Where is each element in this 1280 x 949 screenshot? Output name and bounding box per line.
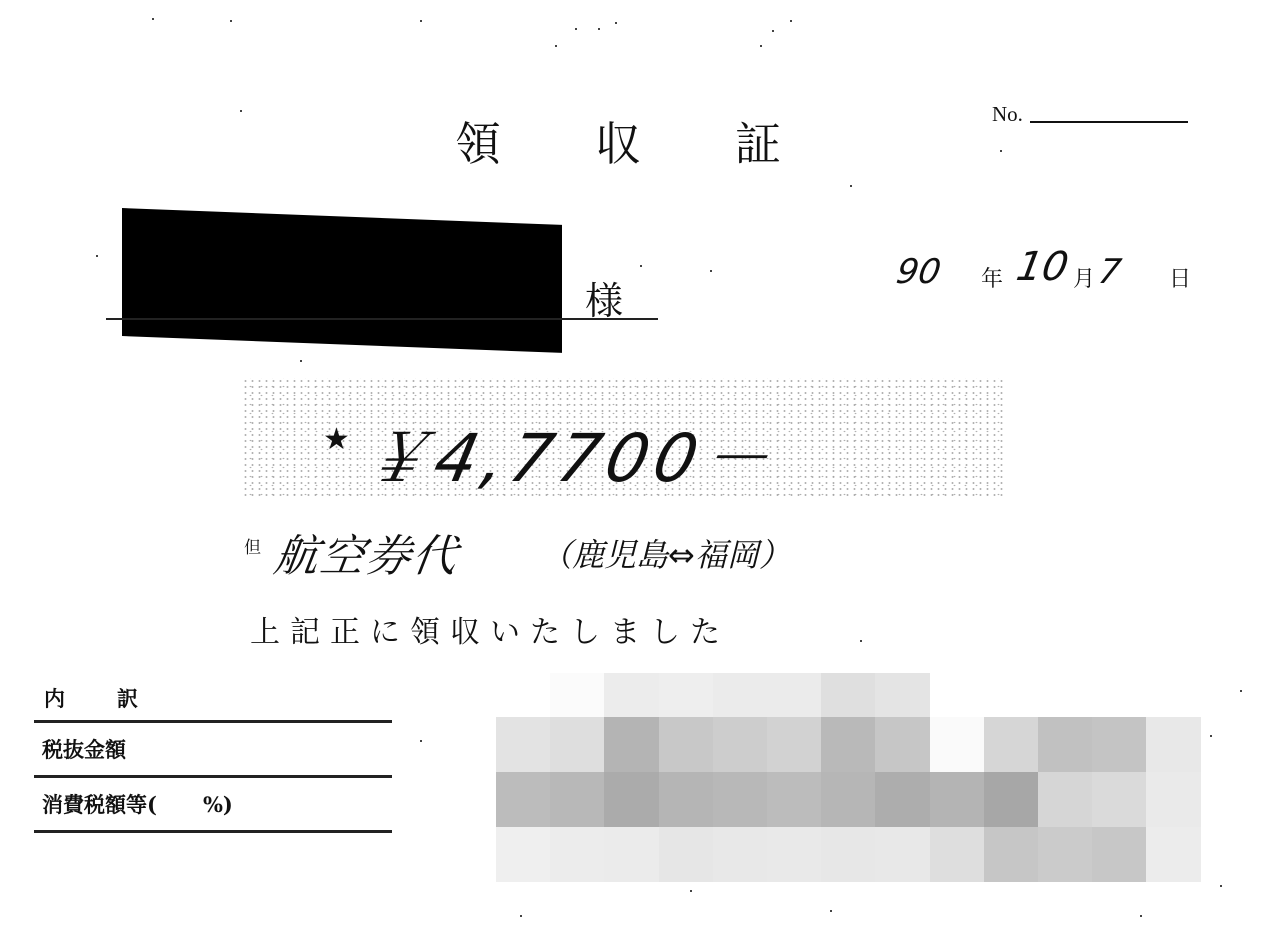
date-year-label: 年	[981, 262, 1003, 293]
mosaic-cell	[821, 772, 876, 827]
mosaic-cell	[713, 827, 768, 882]
amount-value: ￥4,7700－	[355, 405, 786, 500]
mosaic-cell	[984, 772, 1039, 827]
date-day: 7	[1095, 252, 1124, 292]
mosaic-cell	[604, 717, 659, 772]
mosaic-cell	[659, 717, 714, 772]
mosaic-cell	[1146, 827, 1201, 882]
recipient-name-redaction	[122, 208, 562, 353]
mosaic-cell	[713, 772, 768, 827]
mosaic-cell	[1092, 673, 1147, 717]
mosaic-cell	[496, 827, 551, 882]
mosaic-cell	[984, 827, 1039, 882]
breakdown-label: 消費税額等(	[42, 789, 157, 819]
recipient-underline	[106, 318, 658, 320]
mosaic-cell	[767, 772, 822, 827]
purpose-route: （鹿児島⇔福岡）	[540, 530, 791, 576]
mosaic-cell	[875, 673, 930, 717]
recipient-honorific: 様	[585, 270, 623, 325]
mosaic-cell	[984, 673, 1039, 717]
mosaic-cell	[496, 772, 551, 827]
date-day-label: 日	[1169, 262, 1191, 293]
mosaic-cell	[821, 717, 876, 772]
mosaic-cell	[821, 827, 876, 882]
mosaic-cell	[713, 673, 768, 717]
mosaic-cell	[1092, 772, 1147, 827]
breakdown-header: 内 訳	[34, 676, 392, 723]
mosaic-cell	[1038, 772, 1093, 827]
title-char: 領	[455, 108, 595, 174]
purpose-label: 但	[244, 533, 261, 558]
mosaic-cell	[1092, 827, 1147, 882]
mosaic-cell	[1038, 673, 1093, 717]
mosaic-cell	[930, 673, 985, 717]
breakdown-header-char: 訳	[117, 683, 138, 713]
mosaic-cell	[875, 717, 930, 772]
amount-number: 4,7700	[428, 420, 711, 497]
mosaic-cell	[930, 772, 985, 827]
title-char: 証	[735, 108, 795, 174]
mosaic-cell	[496, 673, 551, 717]
star-icon: ★	[323, 422, 350, 457]
mosaic-cell	[1038, 827, 1093, 882]
mosaic-cell	[984, 717, 1039, 772]
mosaic-cell	[875, 772, 930, 827]
mosaic-cell	[767, 717, 822, 772]
mosaic-cell	[930, 827, 985, 882]
date-year: 90	[893, 252, 943, 292]
mosaic-cell	[604, 772, 659, 827]
mosaic-cell	[1038, 717, 1093, 772]
date-month: 10	[1013, 244, 1072, 290]
issuer-pixelated-block	[496, 673, 1200, 882]
mosaic-cell	[550, 827, 605, 882]
mosaic-cell	[604, 673, 659, 717]
mosaic-cell	[659, 827, 714, 882]
mosaic-cell	[550, 717, 605, 772]
mosaic-cell	[496, 717, 551, 772]
mosaic-cell	[604, 827, 659, 882]
title-char: 収	[595, 108, 735, 174]
mosaic-cell	[1146, 772, 1201, 827]
mosaic-cell	[550, 772, 605, 827]
receipt-confirmation: 上記正に領収いたしました	[250, 607, 730, 651]
mosaic-cell	[767, 673, 822, 717]
breakdown-header-char: 内	[44, 683, 65, 713]
mosaic-cell	[713, 717, 768, 772]
mosaic-cell	[821, 673, 876, 717]
document-title: 領 収 証	[455, 108, 795, 174]
mosaic-cell	[550, 673, 605, 717]
breakdown-table: 内 訳 税抜金額 消費税額等( %)	[34, 676, 392, 833]
mosaic-cell	[1146, 673, 1201, 717]
mosaic-cell	[930, 717, 985, 772]
mosaic-cell	[875, 827, 930, 882]
mosaic-cell	[767, 827, 822, 882]
breakdown-row-subtotal: 税抜金額	[34, 723, 392, 778]
mosaic-cell	[659, 772, 714, 827]
receipt-date: 90 年 10 月 7 日	[893, 240, 1203, 310]
receipt-number-label: No.	[992, 102, 1023, 127]
purpose-text: 航空券代	[271, 520, 464, 584]
date-month-label: 月	[1073, 262, 1095, 293]
mosaic-cell	[1092, 717, 1147, 772]
breakdown-label: 税抜金額	[42, 734, 126, 764]
breakdown-row-tax: 消費税額等( %)	[34, 778, 392, 833]
mosaic-cell	[659, 673, 714, 717]
breakdown-tax-rate: %)	[203, 792, 233, 817]
mosaic-cell	[1146, 717, 1201, 772]
receipt-number-field	[1030, 121, 1188, 123]
